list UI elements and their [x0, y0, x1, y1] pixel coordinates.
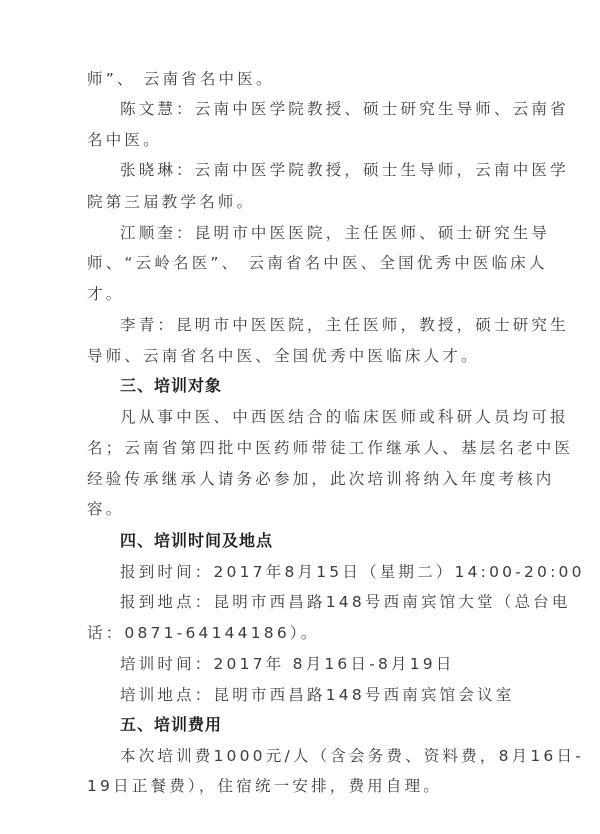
section-heading: 四、培训时间及地点	[120, 531, 273, 551]
text-line: 名中医。	[87, 130, 162, 150]
section-heading: 五、培训费用	[120, 715, 222, 735]
document-page: 师”、 云南省名中医。陈文慧：云南中医学院教授、硕士研究生导师、云南省名中医。张…	[0, 0, 600, 834]
text-line: 师、“云岭名医”、 云南省名中医、全国优秀中医临床人	[87, 253, 548, 273]
text-line: 李青：昆明市中医医院，主任医师，教授，硕士研究生	[120, 315, 569, 335]
text-line: 本次培训费1000元/人（含会务费、资料费，8月16日-	[120, 746, 584, 766]
text-line: 培训时间：2017年 8月16日-8月19日	[120, 654, 455, 674]
text-line: 经验传承继承人请务必参加，此次培训将纳入年度考核内	[87, 469, 555, 489]
text-line: 19日正餐费），住宿统一安排，费用自理。	[87, 776, 442, 796]
text-line: 容。	[87, 499, 124, 519]
text-line: 凡从事中医、中西医结合的临床医师或科研人员均可报	[120, 407, 569, 427]
text-line: 院第三届教学名师。	[87, 192, 255, 212]
text-line: 张晓琳：云南中医学院教授，硕士生导师，云南中医学	[120, 160, 569, 180]
text-line: 陈文慧：云南中医学院教授、硕士研究生导师、云南省	[120, 99, 569, 119]
text-line: 江顺奎：昆明市中医医院，主任医师、硕士研究生导	[120, 223, 550, 243]
text-line: 报到时间：2017年8月15日（星期二）14:00-20:00	[120, 562, 585, 582]
text-line: 报到地点：昆明市西昌路148号西南宾馆大堂（总台电	[120, 592, 571, 612]
section-heading: 三、培训对象	[120, 376, 222, 396]
text-line: 话：0871-64144186）。	[87, 623, 320, 643]
text-line: 师”、 云南省名中医。	[87, 69, 275, 89]
text-line: 才。	[87, 284, 124, 304]
text-line: 导师、云南省名中医、全国优秀中医临床人才。	[87, 346, 480, 366]
text-line: 名；云南省第四批中医药师带徒工作继承人、基层名老中医	[87, 438, 573, 458]
text-line: 培训地点：昆明市西昌路148号西南宾馆会议室	[120, 685, 515, 705]
